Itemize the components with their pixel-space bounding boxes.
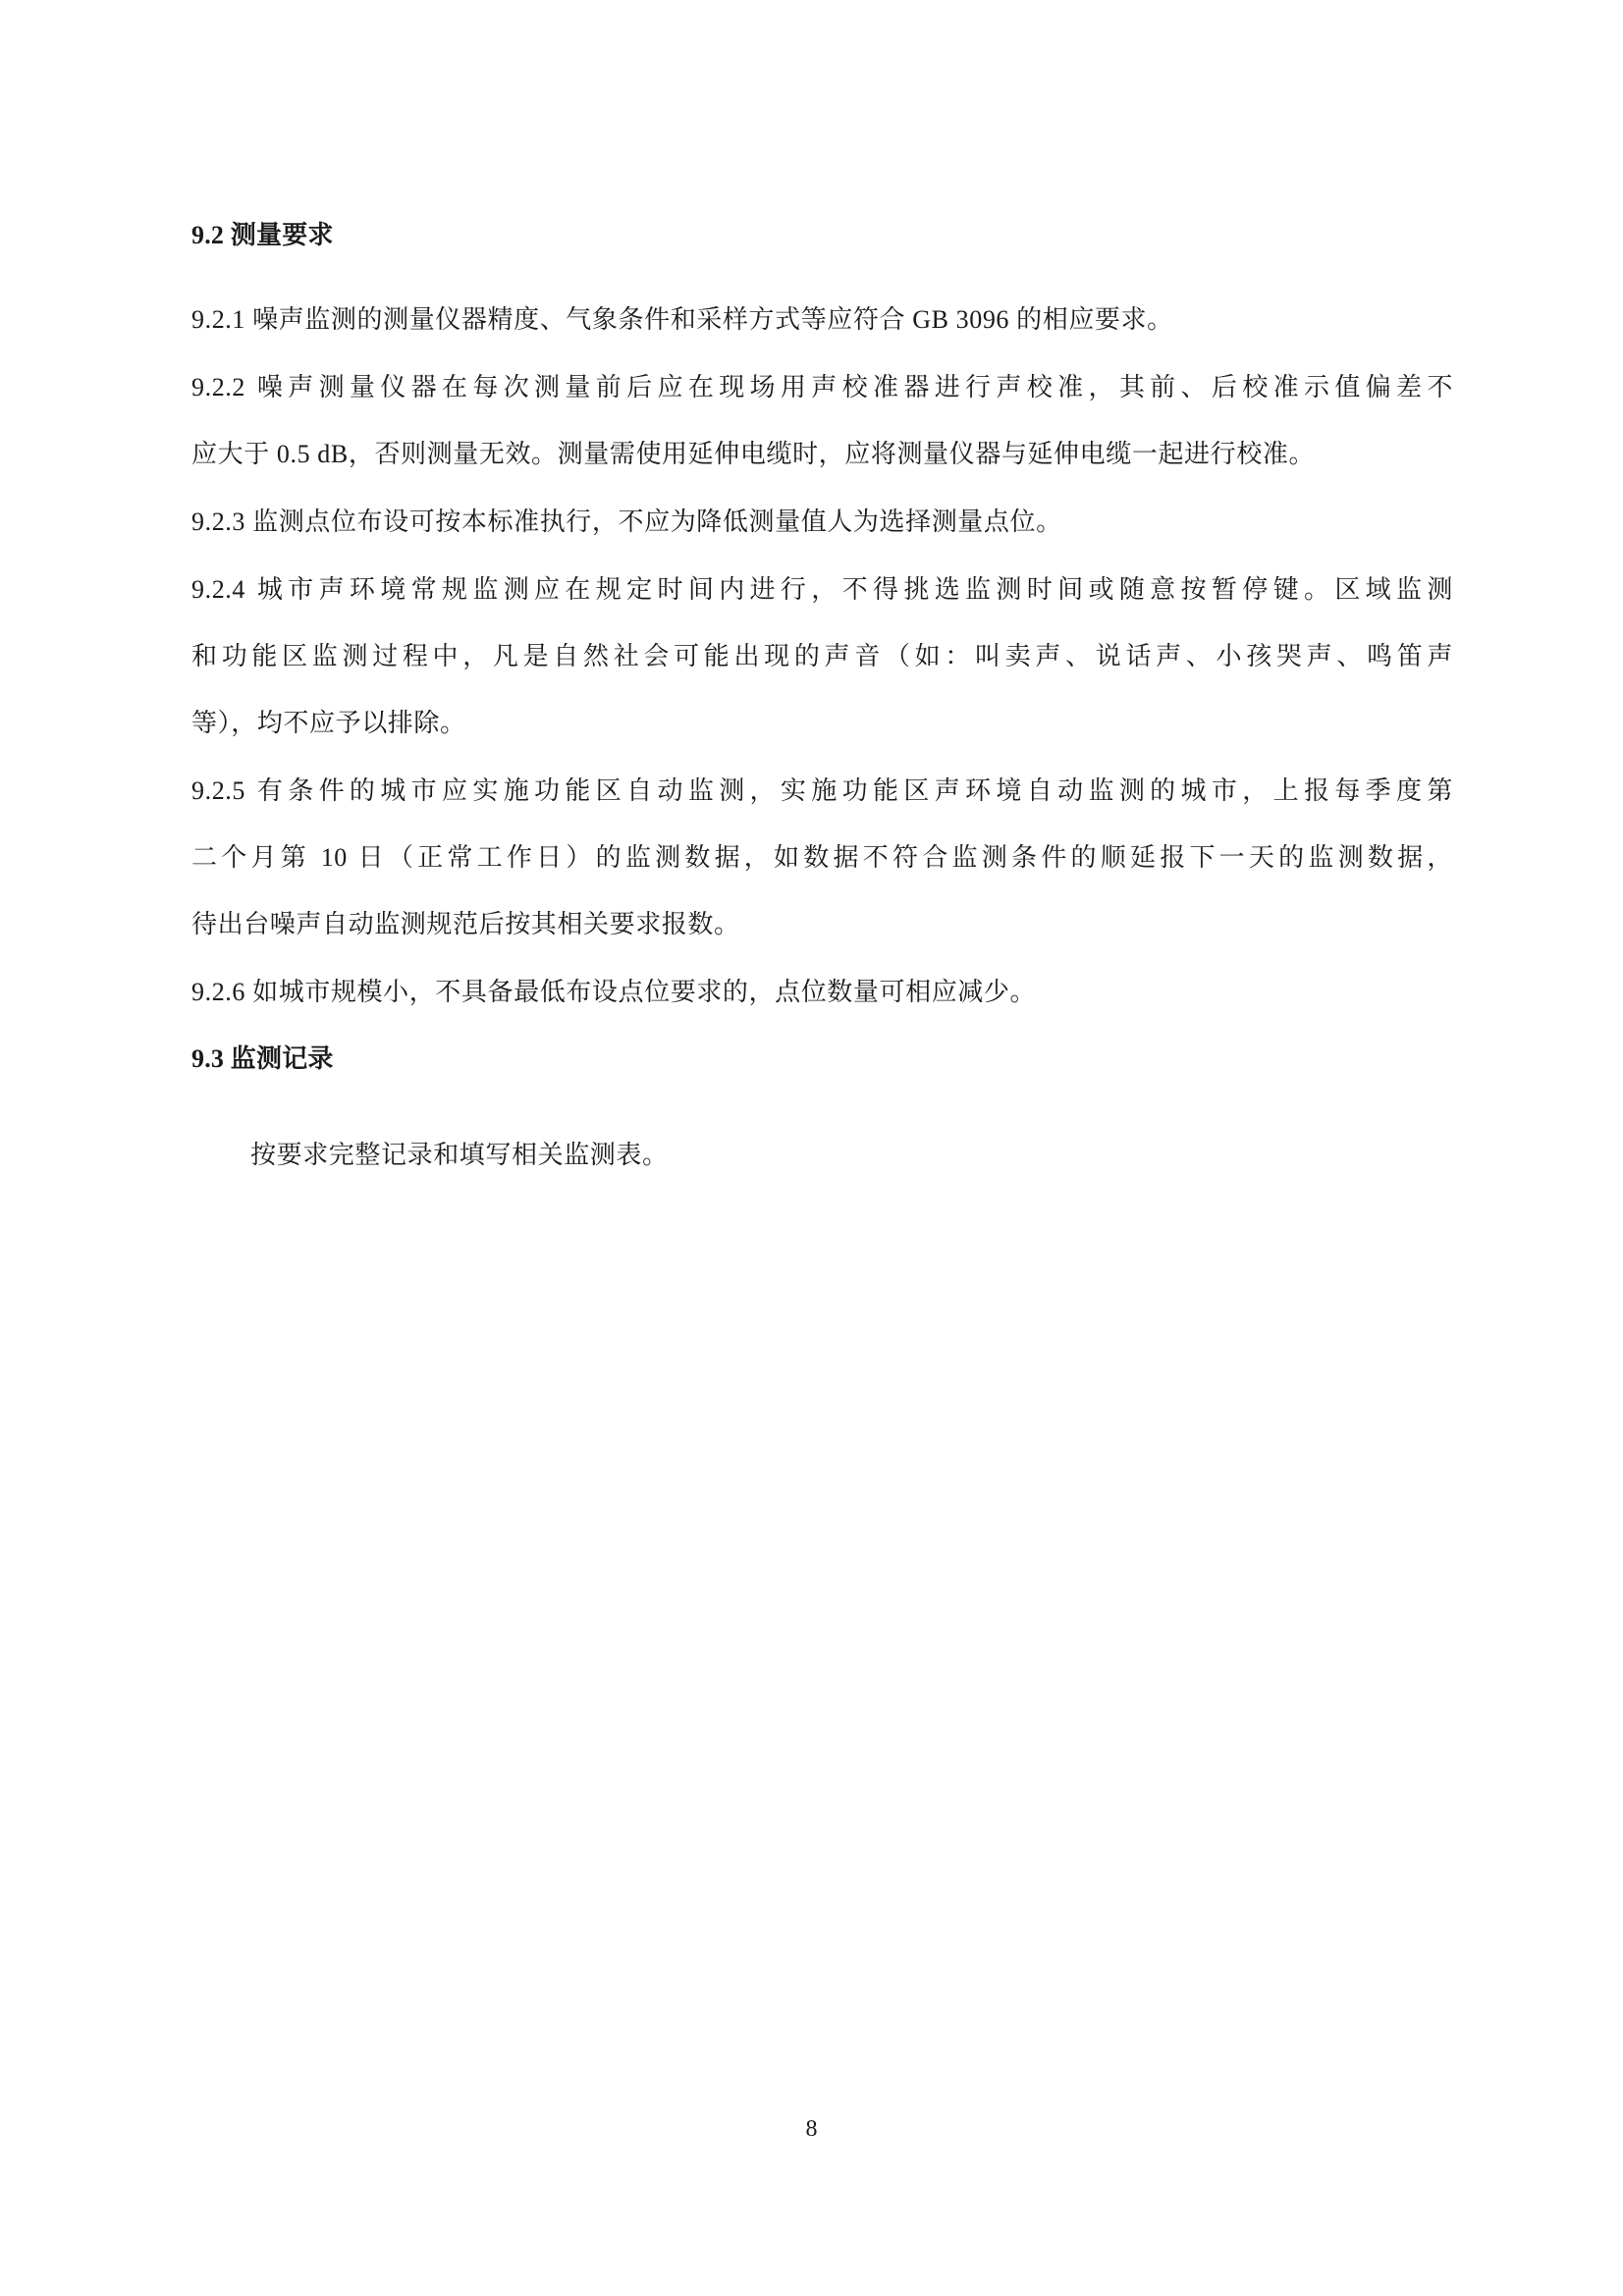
- clause-9-2-1: 9.2.1 噪声监测的测量仪器精度、气象条件和采样方式等应符合 GB 3096 …: [191, 303, 1453, 337]
- section-heading-9-3: 9.3 监测记录: [191, 1042, 1453, 1076]
- clause-9-2-4-line-3: 等），均不应予以排除。: [191, 707, 1453, 740]
- clause-9-2-2-line-2: 应大于 0.5 dB，否则测量无效。测量需使用延伸电缆时，应将测量仪器与延伸电缆…: [191, 438, 1453, 471]
- clause-9-2-4-line-1: 9.2.4 城市声环境常规监测应在规定时间内进行，不得挑选监测时间或随意按暂停键…: [191, 573, 1453, 607]
- clause-9-2-5-line-1: 9.2.5 有条件的城市应实施功能区自动监测，实施功能区声环境自动监测的城市，上…: [191, 774, 1453, 808]
- clause-9-2-5-line-2: 二个月第 10 日（正常工作日）的监测数据，如数据不符合监测条件的顺延报下一天的…: [191, 841, 1453, 875]
- clause-9-2-3: 9.2.3 监测点位布设可按本标准执行，不应为降低测量值人为选择测量点位。: [191, 506, 1453, 539]
- document-page: 9.2 测量要求 9.2.1 噪声监测的测量仪器精度、气象条件和采样方式等应符合…: [0, 0, 1623, 2296]
- clause-9-2-2-line-1: 9.2.2 噪声测量仪器在每次测量前后应在现场用声校准器进行声校准，其前、后校准…: [191, 371, 1453, 404]
- page-number: 8: [0, 2114, 1623, 2144]
- clause-9-2-5-line-3: 待出台噪声自动监测规范后按其相关要求报数。: [191, 908, 1453, 941]
- section-9-3-paragraph: 按要求完整记录和填写相关监测表。: [250, 1139, 1512, 1172]
- clause-9-2-6: 9.2.6 如城市规模小，不具备最低布设点位要求的，点位数量可相应减少。: [191, 976, 1453, 1009]
- section-heading-9-2: 9.2 测量要求: [191, 219, 1453, 252]
- clause-9-2-4-line-2: 和功能区监测过程中，凡是自然社会可能出现的声音（如：叫卖声、说话声、小孩哭声、鸣…: [191, 640, 1453, 673]
